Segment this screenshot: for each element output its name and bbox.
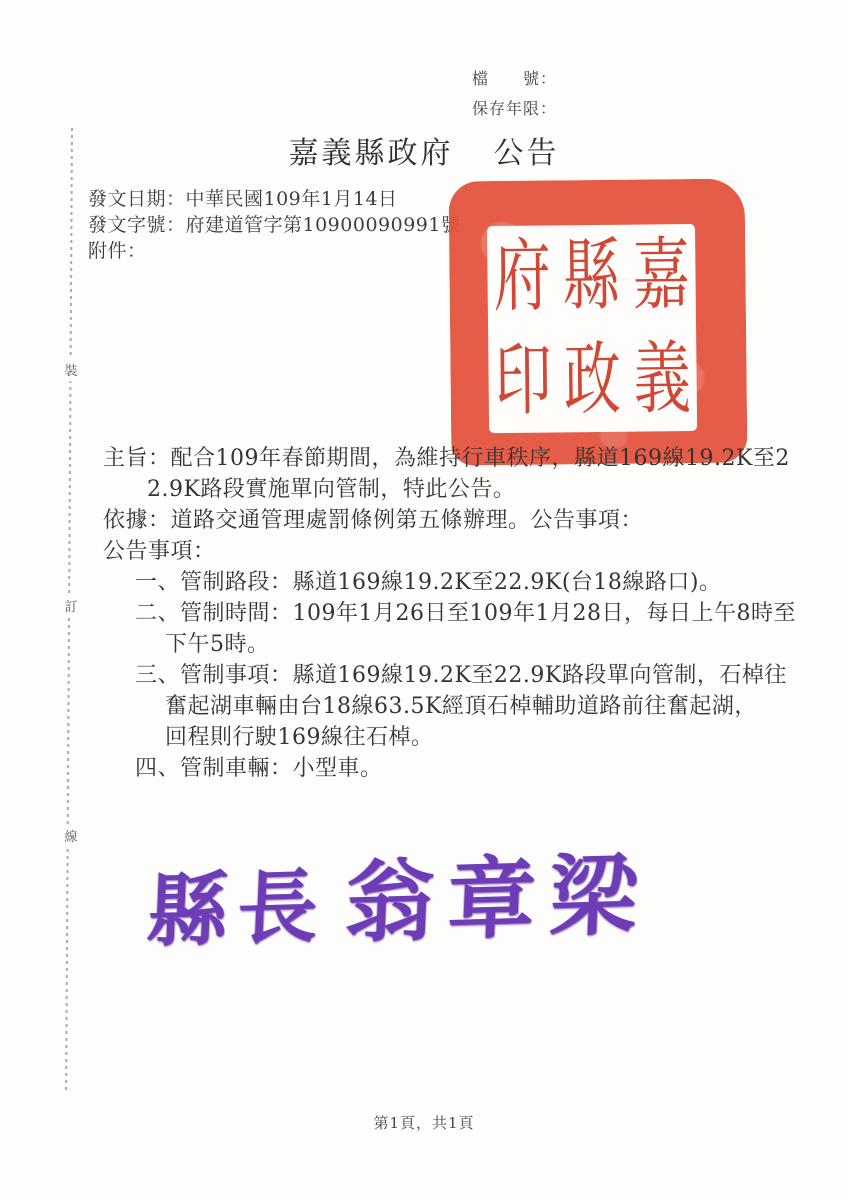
doc-meta: 發文日期：中華民國109年1月14日 發文字號：府建道管字第1090009099… (88, 186, 460, 264)
announcement-body: 主旨：配合109年春節期間，為維持行車秩序，縣道169線19.2K至22.9K路… (103, 443, 796, 784)
body-line: 主旨：配合109年春節期間，為維持行車秩序，縣道169線19.2K至2 (103, 443, 796, 474)
seal-inner-face: 府 印 縣 政 嘉 義 (487, 224, 697, 433)
file-header: 檔 號： 保存年限： (472, 64, 557, 124)
page-title: 嘉義縣政府公告 (0, 128, 848, 172)
announcement-page: 裝 訂 線 檔 號： 保存年限： 嘉義縣政府公告 發文日期：中華民國109年1月… (0, 0, 848, 1200)
body-line: 依據：道路交通管理處罰條例第五條辦理。公告事項： (103, 505, 796, 536)
signature-name: 翁章梁 (344, 842, 654, 955)
magistrate-signature-stamp: 縣長翁章梁 (145, 825, 654, 965)
retention-period-label: 保存年限： (472, 94, 557, 124)
binding-mark-xian: 線 (62, 824, 80, 847)
body-line: 四、管制車輛：小型車。 (135, 753, 796, 784)
seal-char: 印 (487, 307, 559, 455)
issue-date-line: 發文日期：中華民國109年1月14日 (88, 186, 460, 212)
body-line: 公告事項： (103, 536, 796, 567)
page-footer: 第1頁，共1頁 (0, 1112, 848, 1133)
attachment-line: 附件： (88, 238, 460, 264)
binding-mark-ding: 訂 (62, 594, 80, 617)
body-line: 三、管制事項：縣道169線19.2K至22.9K路段單向管制，石棹往 (135, 660, 796, 691)
body-line: 回程則行駛169線往石棹。 (165, 722, 796, 753)
signature-title: 縣長 (146, 859, 330, 958)
doc-number-line: 發文字號：府建道管字第10900090991號 (88, 212, 460, 238)
body-line: 一、管制路段：縣道169線19.2K至22.9K(台18線路口)。 (135, 567, 796, 598)
binding-mark-zhuang: 裝 (62, 358, 80, 381)
official-seal-stamp: 府 印 縣 政 嘉 義 (449, 178, 748, 465)
body-line: 二、管制時間：109年1月26日至109年1月28日，每日上午8時至 (135, 598, 796, 629)
file-number-label: 檔 號： (472, 64, 557, 94)
body-line: 2.9K路段實施單向管制，特此公告。 (147, 474, 796, 505)
doc-kind: 公告 (494, 136, 560, 171)
agency-name: 嘉義縣政府 (289, 136, 454, 171)
seal-char: 義 (626, 306, 698, 454)
body-line: 奮起湖車輛由台18線63.5K經頂石棹輔助道路前往奮起湖， (165, 691, 796, 722)
body-line: 下午5時。 (165, 629, 796, 660)
seal-char: 政 (556, 306, 628, 454)
